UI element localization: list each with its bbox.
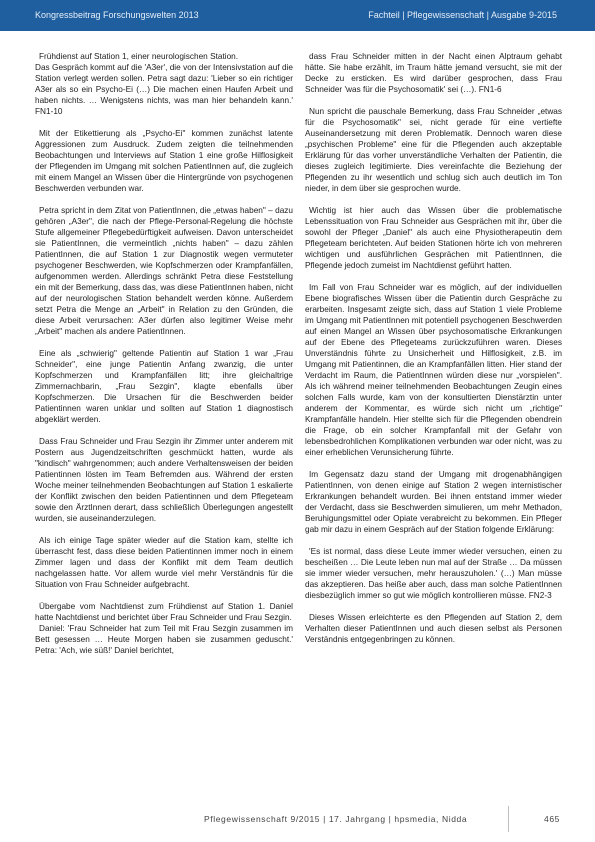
body-paragraph: Mit der Etikettierung als „Psycho-Ei" ko… — [35, 128, 293, 194]
field-note-paragraph: Daniel: 'Frau Schneider hat zum Teil mit… — [35, 623, 293, 656]
right-text-column: dass Frau Schneider mitten in der Nacht … — [305, 51, 562, 656]
body-paragraph: Nun spricht die pauschale Bemerkung, das… — [305, 106, 562, 194]
header-section-title: Kongressbeitrag Forschungswelten 2013 — [35, 10, 199, 20]
footer-divider — [508, 806, 509, 832]
body-paragraph: Als ich einige Tage später wieder auf di… — [35, 535, 293, 590]
header-issue-info: Fachteil | Pflegewissenschaft | Ausgabe … — [368, 10, 557, 20]
field-note-paragraph: 'Es ist normal, dass diese Leute immer w… — [305, 546, 562, 601]
body-paragraph: Eine als „schwierig" geltende Patientin … — [35, 348, 293, 425]
left-text-column: Frühdienst auf Station 1, einer neurolog… — [35, 51, 293, 656]
page-footer: Pflegewissenschaft 9/2015 | 17. Jahrgang… — [0, 812, 595, 832]
body-paragraph: Wichtig ist hier auch das Wissen über di… — [305, 205, 562, 271]
field-note-paragraph: Frühdienst auf Station 1, einer neurolog… — [35, 51, 293, 117]
body-paragraph: Dass Frau Schneider und Frau Sezgin ihr … — [35, 436, 293, 524]
body-paragraph: Im Gegensatz dazu stand der Umgang mit d… — [305, 469, 562, 535]
body-paragraph: Im Fall von Frau Schneider war es möglic… — [305, 282, 562, 458]
field-note-paragraph: dass Frau Schneider mitten in der Nacht … — [305, 51, 562, 95]
field-note-paragraph: Übergabe vom Nachtdienst zum Frühdienst … — [35, 601, 293, 623]
footer-journal-info: Pflegewissenschaft 9/2015 | 17. Jahrgang… — [204, 814, 467, 824]
page-number: 465 — [544, 814, 560, 824]
body-paragraph: Dieses Wissen erleichterte es den Pflege… — [305, 612, 562, 645]
body-paragraph: Petra spricht in dem Zitat von PatientIn… — [35, 205, 293, 337]
running-header: Kongressbeitrag Forschungswelten 2013 Fa… — [0, 0, 595, 31]
